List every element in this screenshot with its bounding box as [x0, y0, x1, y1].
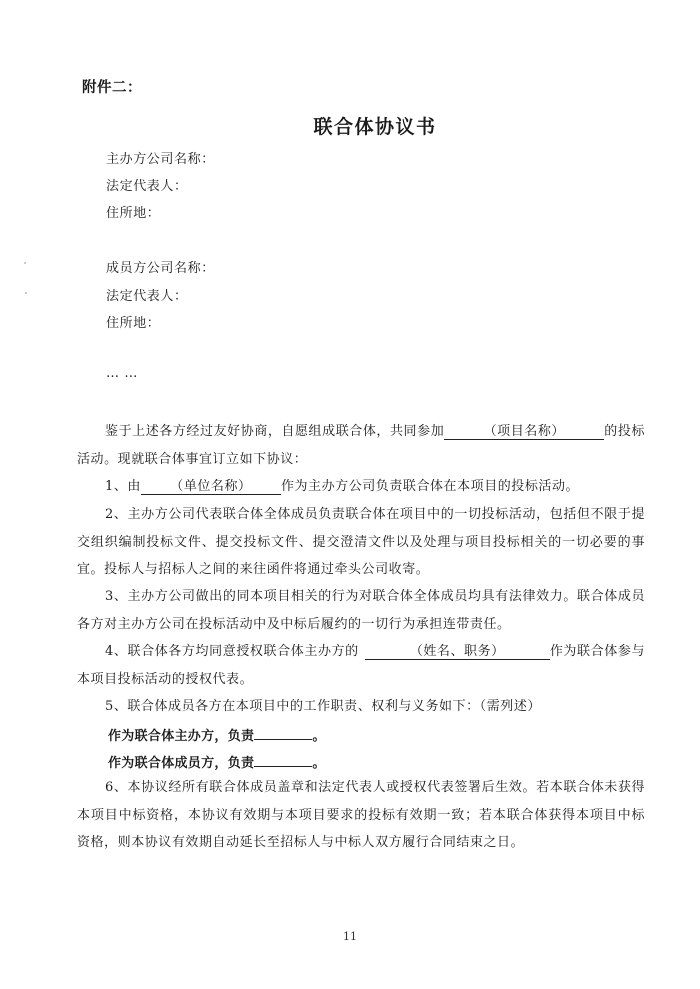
name-title-hint: （姓名、职务）	[410, 644, 505, 659]
lead-duties-text: 作为联合体主办方，负责	[108, 729, 254, 744]
clause-4: 4、联合体各方均同意授权联合体主办方的（姓名、职务）作为联合体参与本项目投标活动…	[77, 638, 645, 693]
scan-speck	[25, 292, 27, 294]
project-name-blank[interactable]: （项目名称）	[444, 424, 604, 440]
project-name-hint: （项目名称）	[484, 424, 565, 439]
document-page: 附件二： 联合体协议书 主办方公司名称： 法定代表人： 住所地： 成员方公司名称…	[0, 0, 700, 989]
lead-company-name-label: 主办方公司名称：	[106, 148, 215, 167]
name-title-blank[interactable]: （姓名、职务）	[365, 644, 550, 660]
unit-name-blank[interactable]: （单位名称）	[141, 479, 281, 495]
document-title: 联合体协议书	[0, 112, 700, 139]
clause-1: 1、由（单位名称）作为主办方公司负责联合体在本项目的投标活动。	[77, 473, 645, 501]
page-number: 11	[0, 930, 700, 943]
scan-speck	[24, 262, 26, 264]
clause-text: 联合体成员各方在本项目中的工作职责、权利与义务如下：（需列述）	[127, 699, 541, 714]
clause-text: 联合体各方均同意授权联合体主办方的	[127, 644, 358, 659]
member-duties-text: 作为联合体成员方，负责	[108, 756, 254, 771]
member-duties-line: 作为联合体成员方，负责。	[108, 752, 326, 771]
member-legal-rep-label: 法定代表人：	[106, 285, 188, 304]
intro-text-before: 鉴于上述各方经过友好协商，自愿组成联合体，共同参加	[105, 424, 444, 439]
clause-number: 6、	[105, 780, 128, 795]
lead-address-label: 住所地：	[106, 202, 160, 221]
member-duties-period: 。	[312, 756, 325, 771]
lead-duties-period: 。	[312, 729, 325, 744]
clause-text: 由	[127, 479, 141, 494]
member-company-name-label: 成员方公司名称：	[106, 257, 215, 276]
clause-text: 作为主办方公司负责联合体在本项目的投标活动。	[281, 479, 579, 494]
lead-duties-blank[interactable]	[254, 727, 312, 740]
clause-text: 本协议经所有联合体成员盖章和法定代表人或授权代表签署后生效。若本联合体未获得本项…	[77, 780, 645, 850]
clause-text: 主办方公司做出的同本项目相关的行为对联合体全体成员均具有法律效力。联合体成员各方…	[77, 589, 645, 632]
ellipsis: … …	[106, 366, 138, 381]
lead-duties-line: 作为联合体主办方，负责。	[108, 725, 326, 744]
unit-name-hint: （单位名称）	[170, 479, 251, 494]
attachment-label: 附件二：	[82, 76, 142, 97]
member-duties-blank[interactable]	[254, 754, 312, 767]
clause-6: 6、本协议经所有联合体成员盖章和法定代表人或授权代表签署后生效。若本联合体未获得…	[77, 774, 645, 857]
clause-text: 主办方公司代表联合体全体成员负责联合体在项目中的一切投标活动，包括但不限于提交组…	[77, 507, 645, 577]
lead-legal-rep-label: 法定代表人：	[106, 175, 188, 194]
clause-5: 5、联合体成员各方在本项目中的工作职责、权利与义务如下：（需列述）	[77, 693, 645, 721]
clause-number: 1、	[105, 479, 127, 494]
member-address-label: 住所地：	[106, 312, 160, 331]
clause-3: 3、主办方公司做出的同本项目相关的行为对联合体全体成员均具有法律效力。联合体成员…	[77, 583, 645, 638]
clause-2: 2、主办方公司代表联合体全体成员负责联合体在项目中的一切投标活动，包括但不限于提…	[77, 501, 645, 584]
clause-number: 4、	[105, 644, 127, 659]
clause-number: 3、	[105, 589, 128, 604]
intro-paragraph: 鉴于上述各方经过友好协商，自愿组成联合体，共同参加（项目名称）的投标活动。现就联…	[77, 418, 645, 473]
clause-number: 2、	[105, 507, 128, 522]
clause-number: 5、	[105, 699, 127, 714]
